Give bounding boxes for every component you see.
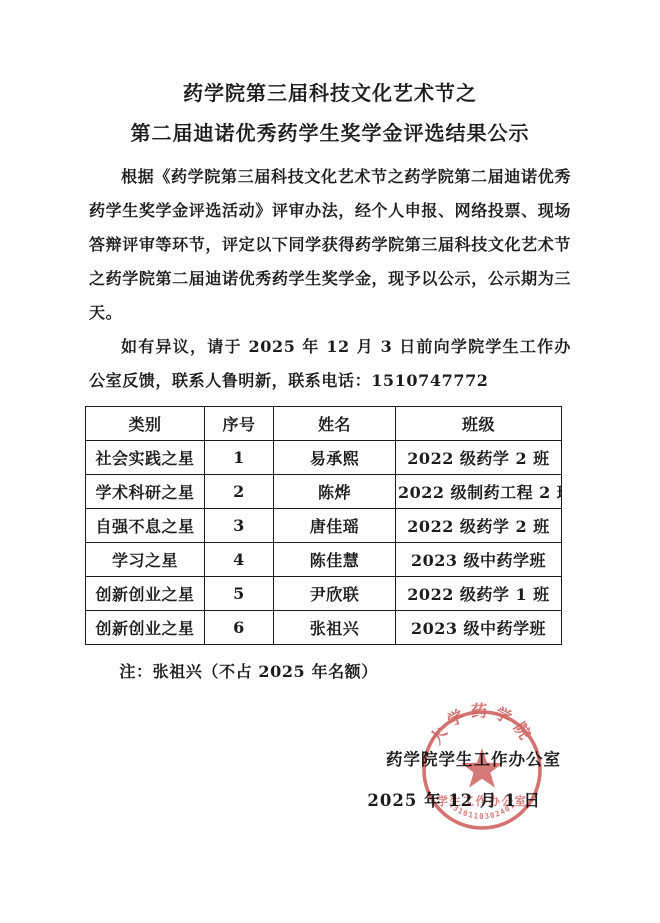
cell-category: 创新创业之星 [86,611,205,645]
results-table: 类别 序号 姓名 班级 社会实践之星 1 易承熙 2022 级药学 2 班 学术… [85,406,562,645]
cell-number: 6 [205,611,274,645]
results-table-body: 社会实践之星 1 易承熙 2022 级药学 2 班 学术科研之星 2 陈烨 20… [86,441,562,645]
svg-text:大学药学院: 大学药学院 [426,701,538,747]
cell-class: 2022 级药学 2 班 [396,509,562,543]
header-number: 序号 [205,407,274,441]
cell-name: 张祖兴 [274,611,396,645]
cell-category: 创新创业之星 [86,577,205,611]
cell-class: 2023 级中药学班 [396,543,562,577]
table-row: 社会实践之星 1 易承熙 2022 级药学 2 班 [86,441,562,475]
stamp-ring-text: 大学药学院 [426,701,538,747]
cell-number: 4 [205,543,274,577]
table-row: 自强不息之星 3 唐佳瑶 2022 级药学 2 班 [86,509,562,543]
cell-number: 3 [205,509,274,543]
header-category: 类别 [86,407,205,441]
note-text: 注：张祖兴（不占 2025 年名额） [89,659,571,682]
cell-category: 学术科研之星 [86,475,205,509]
table-row: 学术科研之星 2 陈烨 2022 级制药工程 2 班 [86,475,562,509]
paragraph-intro: 根据《药学院第三届科技文化艺术节之药学院第二届迪诺优秀药学生奖学金评选活动》评审… [89,160,571,330]
cell-number: 2 [205,475,274,509]
paragraph-contact: 如有异议，请于 2025 年 12 月 3 日前向学院学生工作办公室反馈，联系人… [89,330,571,398]
table-row: 创新创业之星 5 尹欣联 2022 级药学 1 班 [86,577,562,611]
table-header-row: 类别 序号 姓名 班级 [86,407,562,441]
cell-number: 5 [205,577,274,611]
signature-date: 2025 年 12 月 1 日 [367,787,541,811]
official-stamp-seal: 大学药学院 学生工作办公室 4310110302401 [411,699,553,841]
table-row: 创新创业之星 6 张祖兴 2023 级中药学班 [86,611,562,645]
cell-name: 唐佳瑶 [274,509,396,543]
cell-category: 自强不息之星 [86,509,205,543]
cell-name: 陈烨 [274,475,396,509]
cell-number: 1 [205,441,274,475]
cell-name: 尹欣联 [274,577,396,611]
cell-category: 学习之星 [86,543,205,577]
cell-class: 2022 级药学 2 班 [396,441,562,475]
doc-title-line1: 药学院第三届科技文化艺术节之 [89,78,571,108]
cell-name: 陈佳慧 [274,543,396,577]
header-name: 姓名 [274,407,396,441]
table-row: 学习之星 4 陈佳慧 2023 级中药学班 [86,543,562,577]
document-page: 药学院第三届科技文化艺术节之 第二届迪诺优秀药学生奖学金评选结果公示 根据《药学… [0,0,660,923]
cell-category: 社会实践之星 [86,441,205,475]
cell-class: 2022 级制药工程 2 班 [396,475,562,509]
signature-office: 药学院学生工作办公室 [386,746,561,770]
cell-class: 2022 级药学 1 班 [396,577,562,611]
doc-title-line2: 第二届迪诺优秀药学生奖学金评选结果公示 [89,118,571,148]
cell-name: 易承熙 [274,441,396,475]
stamp-svg: 大学药学院 学生工作办公室 4310110302401 [411,699,553,841]
cell-class: 2023 级中药学班 [396,611,562,645]
header-class: 班级 [396,407,562,441]
